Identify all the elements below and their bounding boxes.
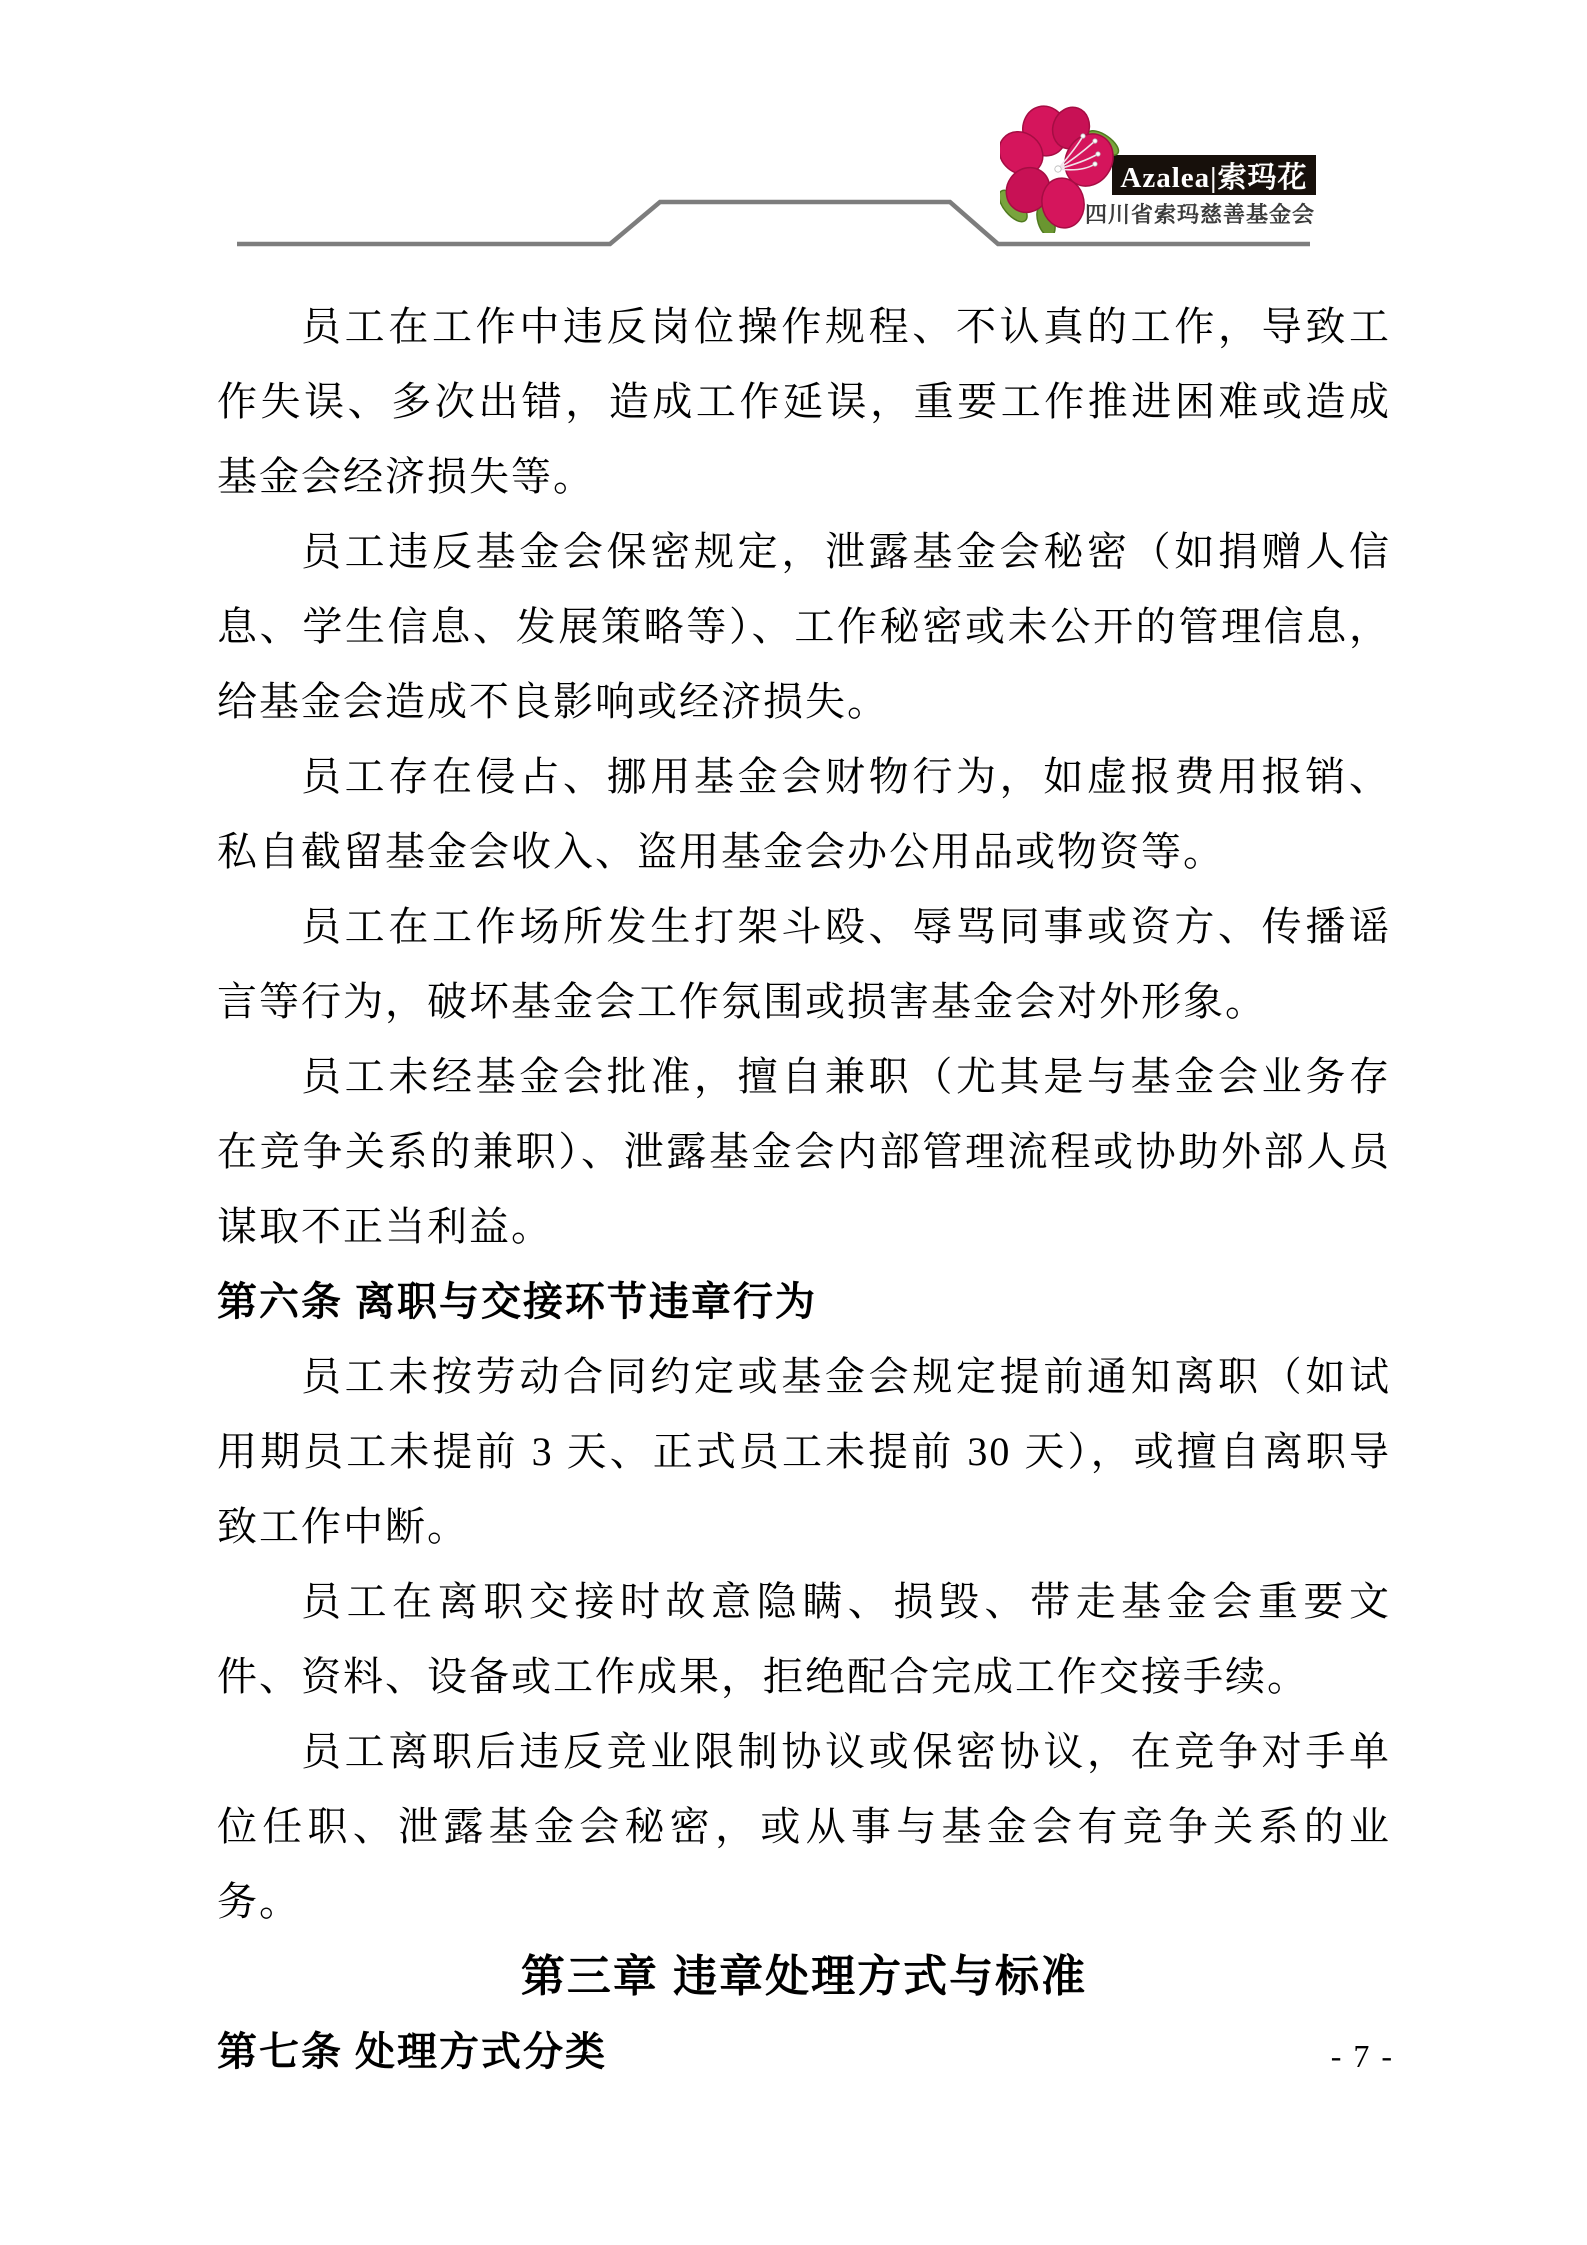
foundation-logo: Azalea|索玛花 四川省索玛慈善基金会	[1000, 85, 1330, 245]
organization-name: 四川省索玛慈善基金会	[1085, 198, 1320, 229]
paragraph-work-errors: 员工在工作中违反岗位操作规程、不认真的工作，导致工作失误、多次出错，造成工作延误…	[217, 289, 1391, 514]
article-heading-6: 第六条 离职与交接环节违章行为	[217, 1264, 1391, 1339]
paragraph-non-compete: 员工离职后违反竞业限制协议或保密协议，在竞争对手单位任职、泄露基金会秘密，或从事…	[217, 1714, 1391, 1939]
chapter-heading-3: 第三章 违章处理方式与标准	[217, 1939, 1391, 2014]
brand-banner: Azalea|索玛花	[1112, 155, 1316, 195]
document-body: 员工在工作中违反岗位操作规程、不认真的工作，导致工作失误、多次出错，造成工作延误…	[217, 289, 1391, 2089]
paragraph-confidentiality: 员工违反基金会保密规定，泄露基金会秘密（如捐赠人信息、学生信息、发展策略等）、工…	[217, 514, 1391, 739]
document-page: Azalea|索玛花 四川省索玛慈善基金会 员工在工作中违反岗位操作规程、不认真…	[0, 0, 1587, 2245]
header-divider-rule	[0, 0, 1587, 260]
paragraph-resignation-notice: 员工未按劳动合同约定或基金会规定提前通知离职（如试用期员工未提前 3 天、正式员…	[217, 1339, 1391, 1564]
paragraph-misappropriation: 员工存在侵占、挪用基金会财物行为，如虚报费用报销、私自截留基金会收入、盗用基金会…	[217, 739, 1391, 889]
azalea-flower-icon	[1000, 103, 1120, 233]
article-heading-7: 第七条 处理方式分类	[217, 2014, 1391, 2089]
paragraph-moonlighting: 员工未经基金会批准，擅自兼职（尤其是与基金会业务存在竞争关系的兼职）、泄露基金会…	[217, 1039, 1391, 1264]
paragraph-handover: 员工在离职交接时故意隐瞒、损毁、带走基金会重要文件、资料、设备或工作成果，拒绝配…	[217, 1564, 1391, 1714]
paragraph-workplace-conduct: 员工在工作场所发生打架斗殴、辱骂同事或资方、传播谣言等行为，破坏基金会工作氛围或…	[217, 889, 1391, 1039]
page-number: - 7 -	[1331, 2038, 1394, 2075]
